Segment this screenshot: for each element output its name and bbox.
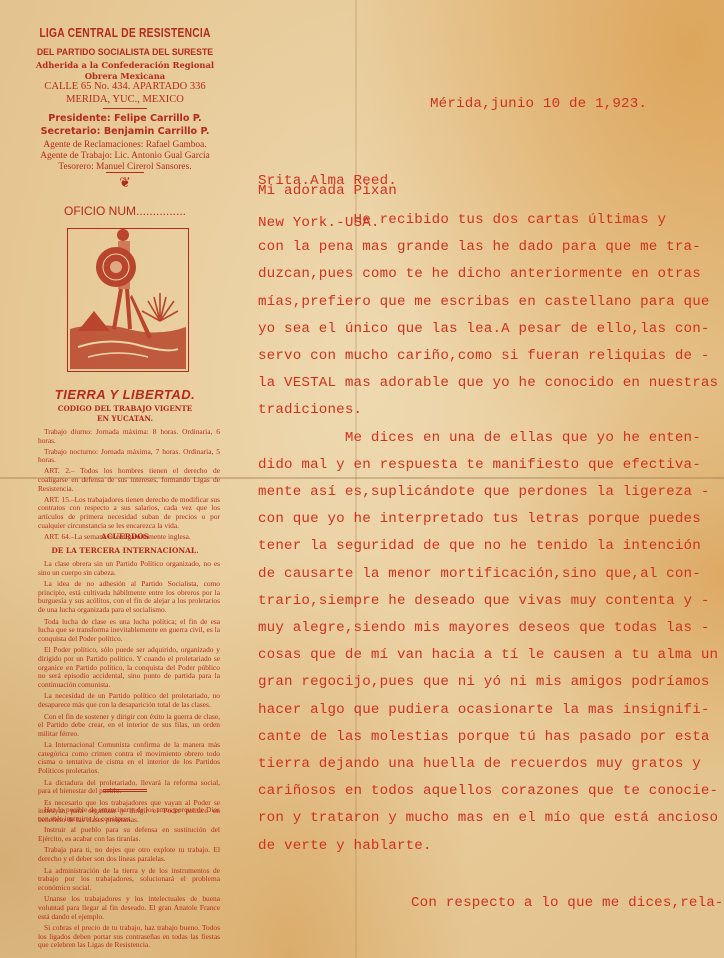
letter-line: duzcan,pues como te he dicho anteriormen…	[258, 261, 718, 288]
maxim-text: Unanse los trabajadores y los intelectua…	[38, 895, 220, 921]
labor-code-heading: CODIGO DEL TRABAJO VIGENTE EN YUCATAN.	[0, 404, 250, 424]
acuerdos-list: La clase obrera sin un Partido Político …	[38, 560, 220, 828]
letter-line: yo sea el único que las lea.A pesar de e…	[258, 316, 718, 343]
letter-line: tierra dejando una huella de recuerdos m…	[258, 751, 718, 778]
acuerdos-heading: ACUERDOS DE LA TERCERA INTERNACIONAL.	[0, 530, 250, 558]
maxims-list: Haz lo posible de emanciparte de los amo…	[38, 806, 220, 953]
article-text: Trabajo nocturno: Jornada máxima, 7 hora…	[38, 448, 220, 466]
officers-list: Presidente: Felipe Carrillo P. Secretari…	[0, 112, 250, 138]
agents-list: Agente de Reclamaciones: Rafael Gamboa. …	[0, 140, 250, 173]
letter-date: Mérida,junio 10 de 1,923.	[430, 96, 647, 112]
acuerdo-text: La Internacional Comunista confirma de l…	[38, 741, 220, 775]
letter-line: muy alegre,siendo mis mayores deseos que…	[258, 615, 718, 642]
divider	[103, 791, 147, 792]
letter-continuation-line: Con respecto a lo que me dices,rela-	[411, 895, 724, 911]
letter-line: cosas que de mí van hacia a tí le causen…	[258, 642, 718, 669]
letter-line: ron y trataron y mucho mas en el mío que…	[258, 805, 718, 832]
letter-line: mías,prefiero que me escribas en castell…	[258, 289, 718, 316]
letter-line: la VESTAL mas adorable que yo he conocid…	[258, 370, 718, 397]
letter-line: gran regocijo,pues que ni yó ni mis amig…	[258, 669, 718, 696]
adherence-note: Adherida a la Confederación Regional Obr…	[0, 60, 250, 81]
motto-heading: TIERRA Y LIBERTAD.	[0, 387, 250, 402]
acuerdo-text: La clase obrera sin un Partido Político …	[38, 560, 220, 577]
floral-ornament-icon: ❦	[110, 172, 140, 192]
acuerdo-text: La idea de no adhesión al Partido Social…	[38, 580, 220, 614]
article-text: ART. 2.– Todos los hombres tienen el der…	[38, 467, 220, 493]
letter-line: tradiciones.	[258, 397, 718, 424]
letter-line: con la pena mas grande las he dado para …	[258, 234, 718, 261]
letter-line: con que yo he interpretado tus letras po…	[258, 506, 718, 533]
letter-line: Me dices en una de ellas que yo he enten…	[258, 425, 718, 452]
letter-line: hacer algo que pudiera ocasionarte la ma…	[258, 697, 718, 724]
maxim-text: La administración de la tierra y de los …	[38, 867, 220, 893]
acuerdo-text: La necesidad de un Partido político del …	[38, 692, 220, 709]
letter-line: de causarte la menor mortificación,sino …	[258, 561, 718, 588]
worker-with-shield-emblem-icon	[67, 228, 189, 372]
letter-line: He recibido tus dos cartas últimas y	[258, 207, 718, 234]
divider	[103, 789, 147, 790]
letter-body: He recibido tus dos cartas últimas ycon …	[258, 207, 718, 860]
letter-line: cante de las molestias porque tú has pas…	[258, 724, 718, 751]
article-text: ART. 15.–Los trabajadores tienen derecho…	[38, 496, 220, 531]
letter-line: trario,siempre he deseado que vivas muy …	[258, 588, 718, 615]
maxim-text: Trabaja para ti, no dejes que otro explo…	[38, 846, 220, 863]
divider	[103, 108, 147, 109]
postal-address: CALLE 65 No. 434. APARTADO 336 MERIDA, Y…	[0, 81, 250, 106]
maxim-text: Haz lo posible de emanciparte de los amo…	[38, 806, 220, 823]
maxim-text: Si cobras el precio de tu trabajo, haz t…	[38, 924, 220, 950]
acuerdo-text: La dictadura del proletariado, llevará l…	[38, 779, 220, 796]
maxim-text: Instruir al pueblo para su defensa en su…	[38, 826, 220, 843]
letter-line: servo con mucho cariño,como si fueran re…	[258, 343, 718, 370]
letter-line: cariñosos en todos aquellos corazones qu…	[258, 778, 718, 805]
letter-salutation: Mi adorada Pixan	[258, 183, 397, 199]
letter-line: dido mal y en respuesta te manifiesto qu…	[258, 452, 718, 479]
organization-subtitle: DEL PARTIDO SOCIALISTA DEL SURESTE	[10, 47, 240, 58]
letter-line: de verte y hablarte.	[258, 833, 718, 860]
organization-title: LIGA CENTRAL DE RESISTENCIA	[23, 26, 228, 40]
acuerdo-text: Toda lucha de clase es una lucha polític…	[38, 618, 220, 644]
letter-line: tener la seguridad de que no he tenido l…	[258, 533, 718, 560]
letter-line: mente así es,suplicándote que perdones l…	[258, 479, 718, 506]
acuerdo-text: Con el fin de sostener y dirigir con éxi…	[38, 713, 220, 739]
labor-code-articles: Trabajo diurno: Jornada máxima: 8 horas.…	[38, 428, 220, 544]
acuerdo-text: El Poder político, sólo puede ser adquir…	[38, 646, 220, 689]
oficio-number-field: OFICIO NUM...............	[0, 204, 250, 218]
article-text: Trabajo diurno: Jornada máxima: 8 horas.…	[38, 428, 220, 446]
